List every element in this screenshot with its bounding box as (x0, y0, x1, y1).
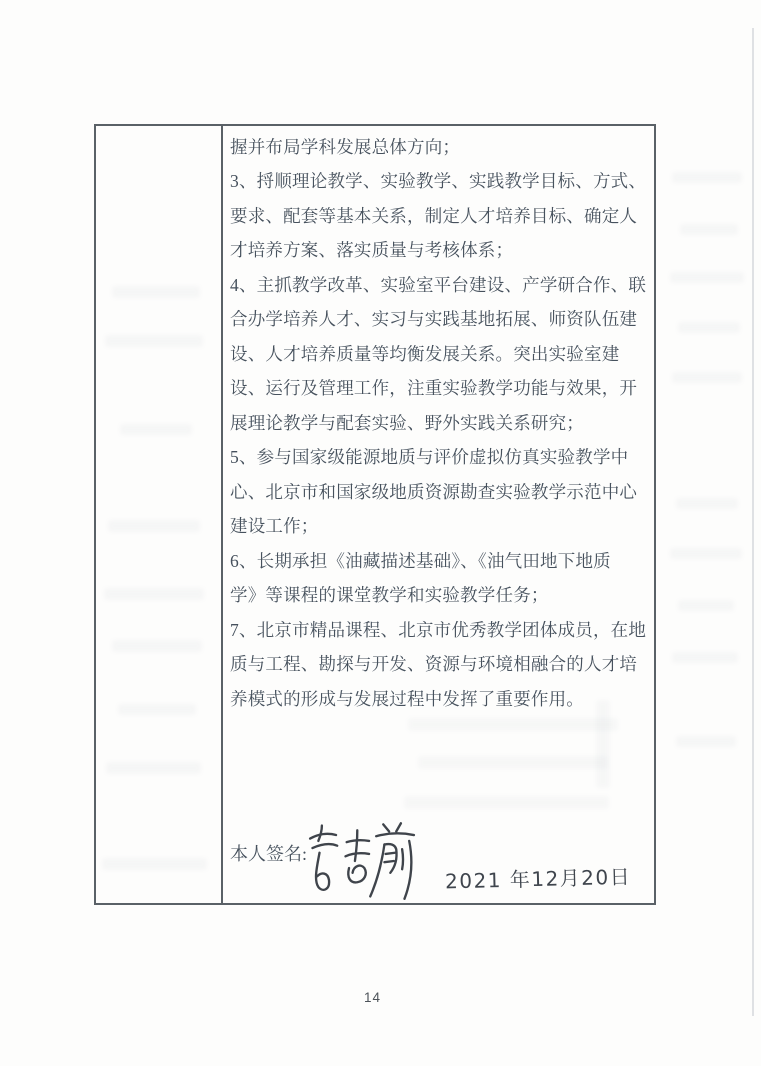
table-text-line: 4、主抓教学改革、实验室平台建设、产学研合作、联 (230, 267, 648, 302)
table-text-line: 3、捋顺理论教学、实验教学、实践教学目标、方式、 (230, 164, 648, 199)
handwritten-signature (303, 820, 421, 902)
table-text-line: 合办学培养人才、实习与实践基地拓展、师资队伍建 (230, 302, 648, 337)
table-text-line: 握并布局学科发展总体方向； (230, 129, 648, 164)
table-text-line: 建设工作； (230, 509, 648, 544)
bleedthrough-artifact (676, 736, 736, 747)
bleedthrough-artifact (676, 498, 738, 509)
table-text-line: 才培养方案、落实质量与考核体系； (230, 233, 648, 268)
bleedthrough-artifact (678, 600, 734, 611)
scanned-document-page: 握并布局学科发展总体方向； 3、捋顺理论教学、实验教学、实践教学目标、方式、 要… (0, 0, 761, 1066)
table-text-line: 质与工程、勘探与开发、资源与环境相融合的人才培 (230, 647, 648, 682)
bleedthrough-artifact (678, 322, 740, 333)
table-left-column (96, 126, 223, 903)
table-text-line: 设、运行及管理工作，注重实验教学功能与效果，开 (230, 371, 648, 406)
document-table: 握并布局学科发展总体方向； 3、捋顺理论教学、实验教学、实践教学目标、方式、 要… (94, 124, 656, 905)
paper-edge (752, 28, 754, 1016)
table-text-line: 6、长期承担《油藏描述基础》、《油气田地下地质 (230, 543, 648, 578)
bleedthrough-artifact (672, 372, 742, 383)
bleedthrough-artifact (672, 652, 738, 663)
table-text-line: 要求、配套等基本关系，制定人才培养目标、确定人 (230, 198, 648, 233)
table-text-line: 展理论教学与配套实验、野外实践关系研究； (230, 405, 648, 440)
signature-date: 2021 年12月20日 (445, 861, 632, 895)
table-right-column: 握并布局学科发展总体方向； 3、捋顺理论教学、实验教学、实践教学目标、方式、 要… (223, 126, 654, 903)
table-text-line: 学》等课程的课堂教学和实验教学任务； (230, 578, 648, 613)
page-number: 14 (364, 990, 381, 1005)
bleedthrough-artifact (670, 272, 744, 283)
bleedthrough-artifact (680, 224, 738, 235)
table-text-line: 7、北京市精品课程、北京市优秀教学团体成员，在地 (230, 612, 648, 647)
signature-label: 本人签名: (230, 840, 307, 866)
table-text-line: 设、人才培养质量等均衡发展关系。突出实验室建 (230, 336, 648, 371)
table-text-line: 养模式的形成与发展过程中发挥了重要作用。 (230, 681, 648, 716)
table-text-line: 5、参与国家级能源地质与评价虚拟仿真实验教学中 (230, 440, 648, 475)
table-text-line: 心、北京市和国家级地质资源勘查实验教学示范中心 (230, 474, 648, 509)
bleedthrough-artifact (670, 548, 742, 559)
bleedthrough-artifact (672, 172, 742, 183)
